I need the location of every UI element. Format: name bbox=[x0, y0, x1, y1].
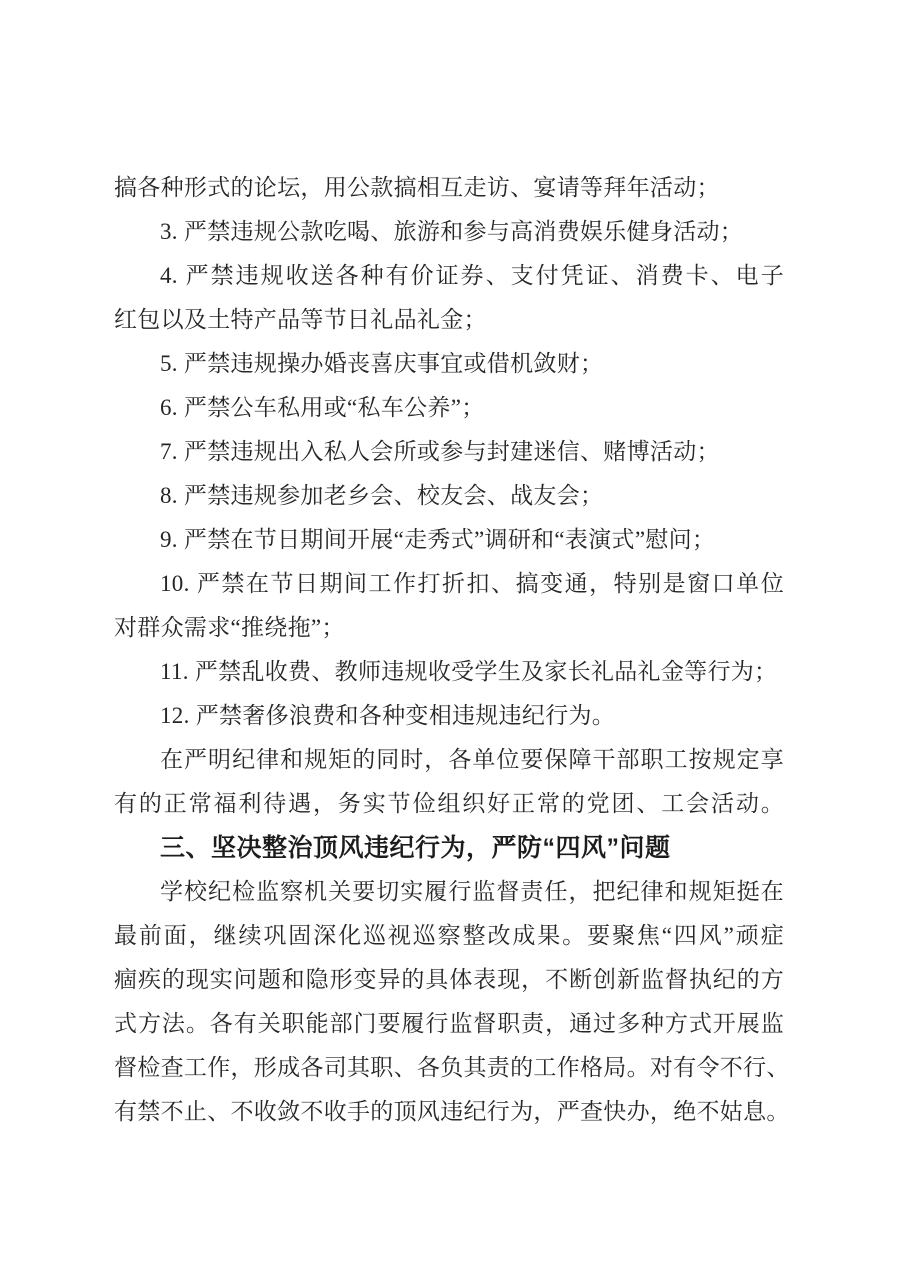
document-text-block: 搞各种形式的论坛，用公款搞相互走访、宴请等拜年活动； 3. 严禁违规公款吃喝、旅… bbox=[114, 166, 784, 1134]
list-item-10-line-1: 10. 严禁在节日期间工作打折扣、搞变通，特别是窗口单位 bbox=[114, 562, 784, 606]
paragraph-continuation-line: 搞各种形式的论坛，用公款搞相互走访、宴请等拜年活动； bbox=[114, 166, 784, 210]
list-item-10-line-2: 对群众需求“推绕拖”； bbox=[114, 606, 784, 650]
paragraph-supervision-line-6: 有禁不止、不收敛不收手的顶风违纪行为，严查快办，绝不姑息。 bbox=[114, 1090, 784, 1134]
list-item-7: 7. 严禁违规出入私人会所或参与封建迷信、赌博活动； bbox=[114, 430, 784, 474]
paragraph-supervision-line-5: 督检查工作，形成各司其职、各负其责的工作格局。对有令不行、 bbox=[114, 1046, 784, 1090]
list-item-3: 3. 严禁违规公款吃喝、旅游和参与高消费娱乐健身活动； bbox=[114, 210, 784, 254]
list-item-6: 6. 严禁公车私用或“私车公养”； bbox=[114, 386, 784, 430]
paragraph-welfare-line-2: 有的正常福利待遇，务实节俭组织好正常的党团、工会活动。 bbox=[114, 782, 784, 826]
paragraph-supervision-line-4: 式方法。各有关职能部门要履行监督职责，通过多种方式开展监 bbox=[114, 1002, 784, 1046]
paragraph-welfare-line-1: 在严明纪律和规矩的同时，各单位要保障干部职工按规定享 bbox=[114, 738, 784, 782]
list-item-4-line-2: 红包以及土特产品等节日礼品礼金； bbox=[114, 298, 784, 342]
paragraph-supervision-line-2: 最前面，继续巩固深化巡视巡察整改成果。要聚焦“四风”顽症 bbox=[114, 914, 784, 958]
list-item-9: 9. 严禁在节日期间开展“走秀式”调研和“表演式”慰问； bbox=[114, 518, 784, 562]
section-heading-3: 三、坚决整治顶风违纪行为，严防“四风”问题 bbox=[114, 826, 784, 870]
list-item-5: 5. 严禁违规操办婚丧喜庆事宜或借机敛财； bbox=[114, 342, 784, 386]
paragraph-supervision-line-1: 学校纪检监察机关要切实履行监督责任，把纪律和规矩挺在 bbox=[114, 870, 784, 914]
list-item-12: 12. 严禁奢侈浪费和各种变相违规违纪行为。 bbox=[114, 694, 784, 738]
list-item-8: 8. 严禁违规参加老乡会、校友会、战友会； bbox=[114, 474, 784, 518]
paragraph-supervision-line-3: 痼疾的现实问题和隐形变异的具体表现，不断创新监督执纪的方 bbox=[114, 958, 784, 1002]
document-page: 搞各种形式的论坛，用公款搞相互走访、宴请等拜年活动； 3. 严禁违规公款吃喝、旅… bbox=[0, 0, 899, 1272]
list-item-11: 11. 严禁乱收费、教师违规收受学生及家长礼品礼金等行为； bbox=[114, 650, 784, 694]
list-item-4-line-1: 4. 严禁违规收送各种有价证券、支付凭证、消费卡、电子 bbox=[114, 254, 784, 298]
